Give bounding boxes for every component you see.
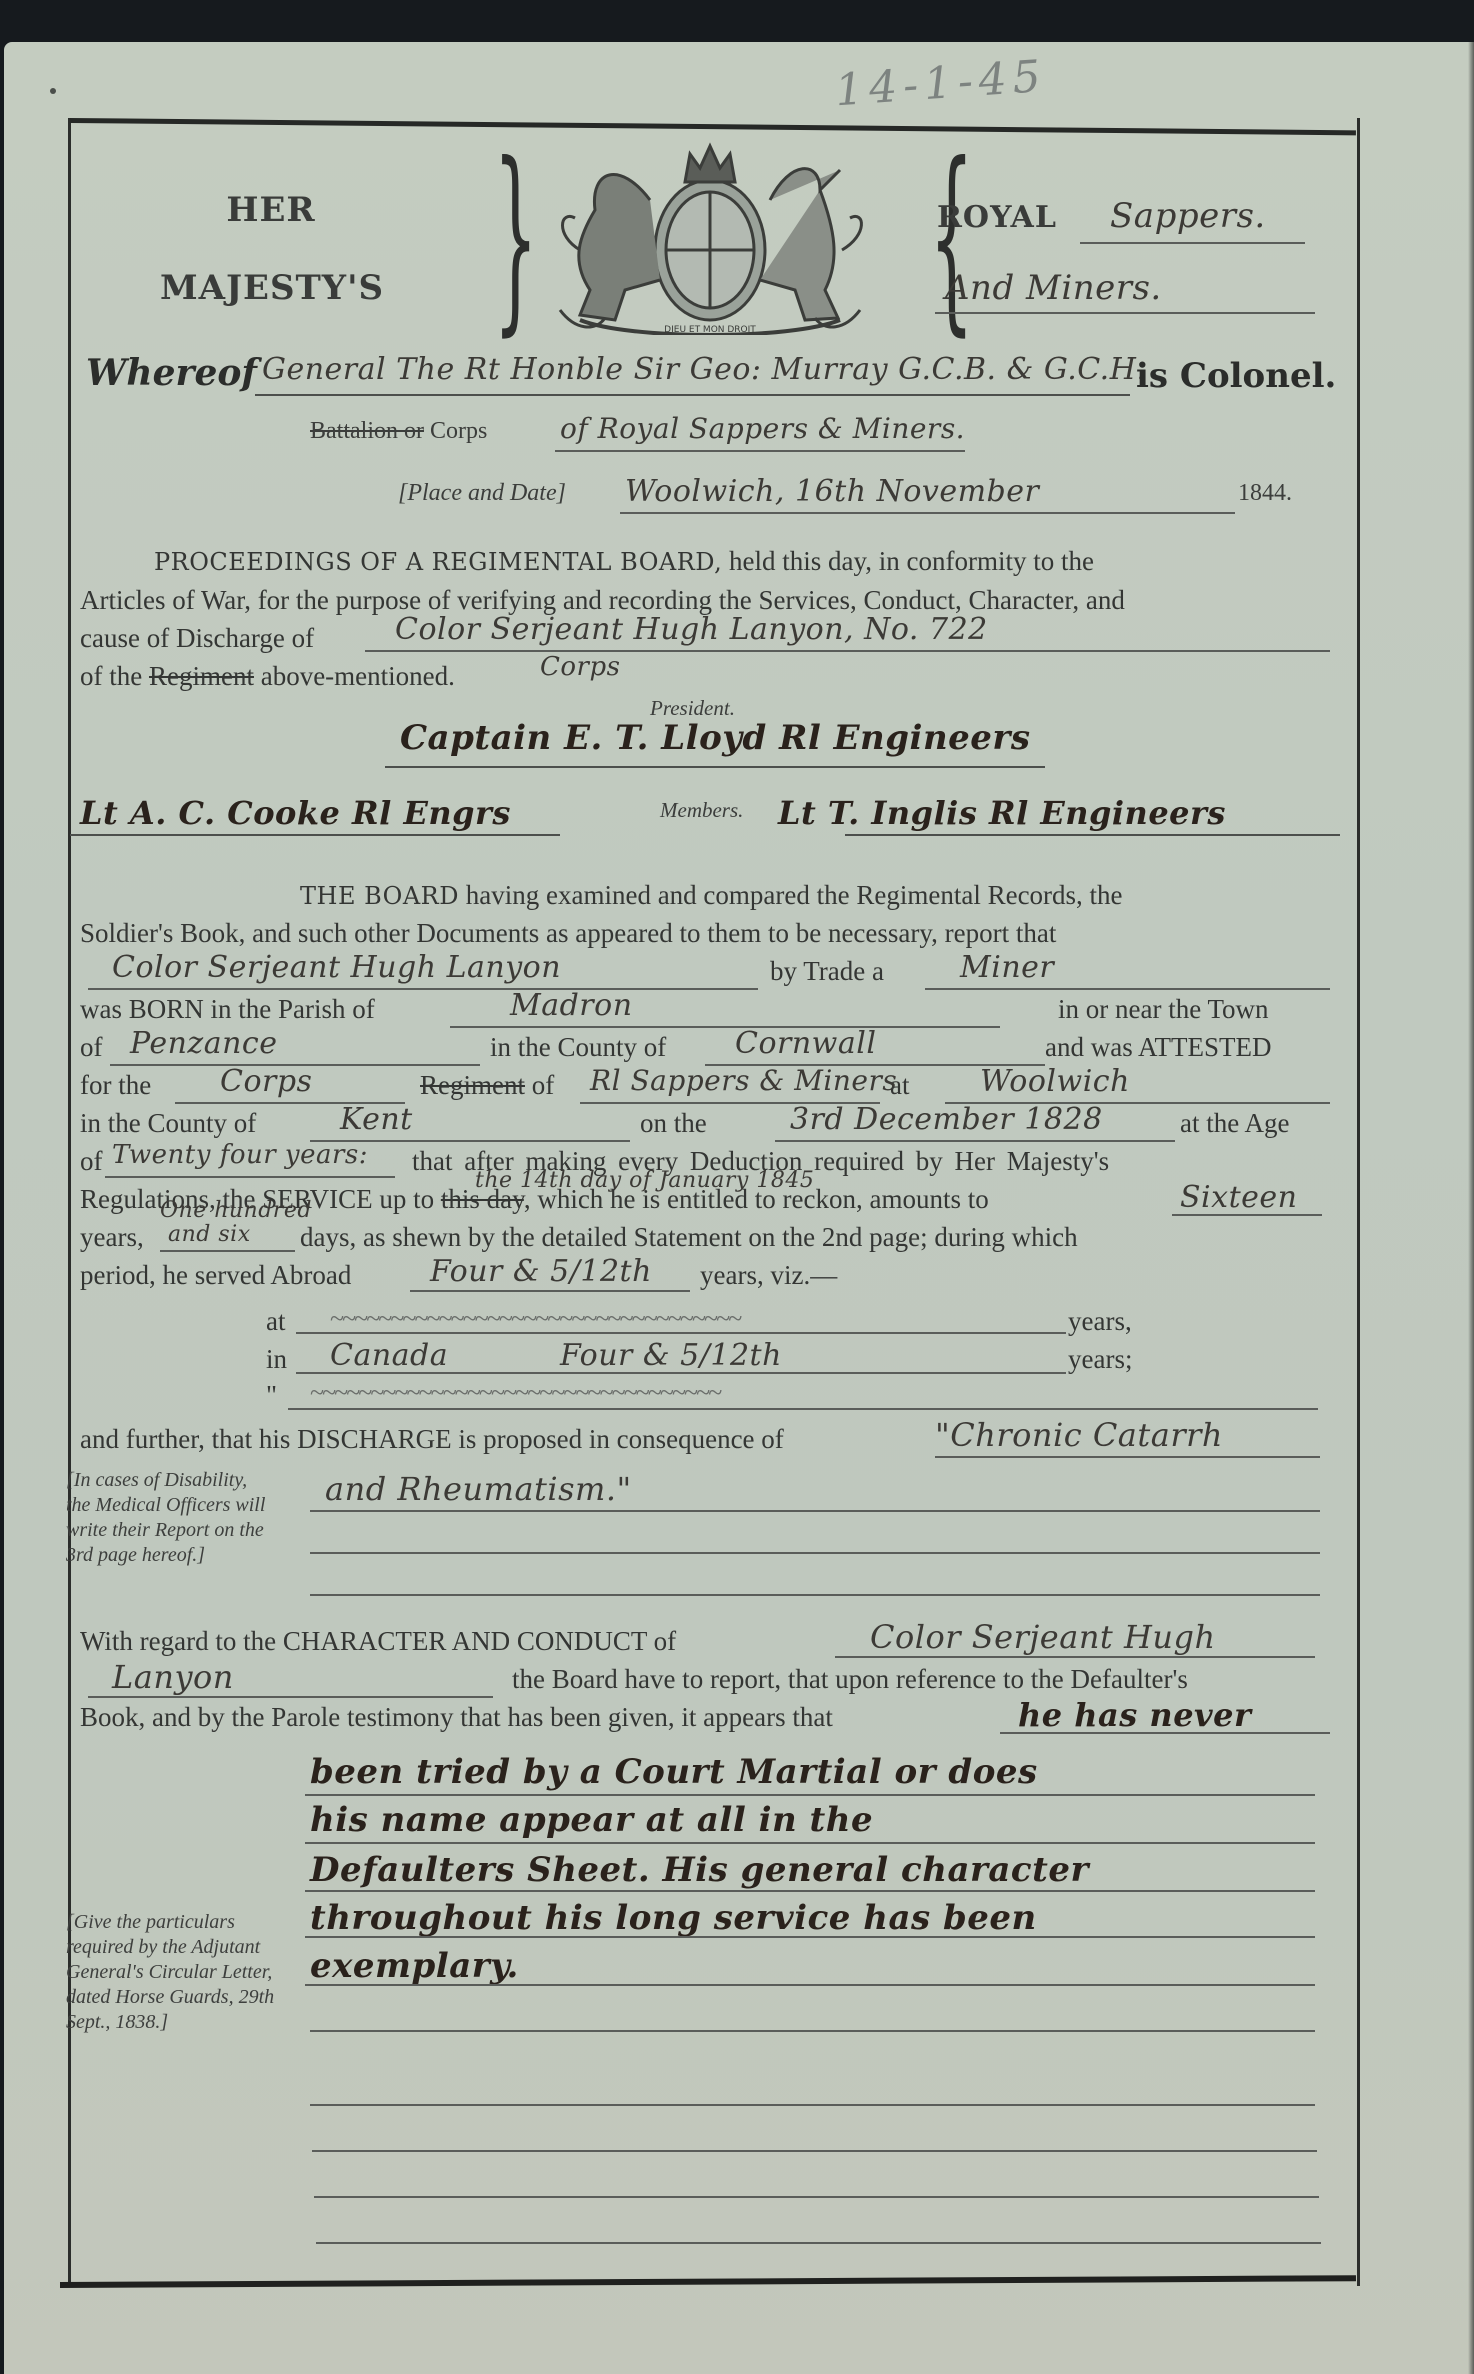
colonel-rule	[255, 394, 1130, 396]
board-heading: THE BOARD	[300, 882, 459, 910]
days-rule	[160, 1250, 295, 1252]
place-date-rule	[620, 512, 1235, 514]
corps-insert-value[interactable]: Corps	[540, 652, 620, 682]
character-report-rule6	[305, 1984, 1315, 1986]
discharge-reason-line2[interactable]: and Rheumatism."	[325, 1470, 632, 1508]
ink-dot	[50, 88, 56, 94]
discharge-rule2	[310, 1510, 1320, 1512]
svg-text:DIEU ET MON DROIT: DIEU ET MON DROIT	[664, 325, 756, 335]
character-report-line5[interactable]: throughout his long service has been	[310, 1898, 1037, 1938]
regiment-line2-value[interactable]: And Miners.	[945, 268, 1162, 308]
members-label: Members.	[660, 798, 743, 823]
attest-date-rule	[775, 1140, 1175, 1142]
report-line1: THE BOARD having examined and compared t…	[300, 880, 1123, 911]
attest-county-value[interactable]: Kent	[340, 1102, 413, 1137]
abroad-value[interactable]: Four & 5/12th	[430, 1254, 652, 1289]
abroad-row-2-rule	[296, 1372, 1066, 1374]
trade-label: by Trade a	[770, 956, 884, 987]
royal-label: ROYAL	[937, 200, 1057, 235]
age-rule	[105, 1176, 395, 1178]
attest-county-label: in the County of	[80, 1108, 256, 1139]
on-the-label: on the	[640, 1108, 707, 1139]
attest-date-value[interactable]: 3rd December 1828	[790, 1102, 1103, 1137]
header-majestys: MAJESTY'S	[132, 268, 412, 308]
abroad-row-1-suffix: years,	[1068, 1306, 1132, 1337]
of-the-label: of the	[80, 661, 142, 691]
proceedings-heading: PROCEEDINGS OF A REGIMENTAL BOARD,	[154, 548, 722, 576]
abroad-row-2-suffix: years;	[1068, 1344, 1132, 1375]
proceedings-text1: held this day, in conformity to the	[722, 546, 1094, 576]
discharge-of-rule	[365, 650, 1330, 652]
abroad-row-3-prefix: "	[266, 1380, 277, 1411]
service-years-rule	[1172, 1214, 1322, 1216]
whereof-label: Whereof	[86, 352, 257, 394]
regiment-line1-rule	[1080, 242, 1305, 244]
years-label: years,	[80, 1222, 144, 1253]
parish-value[interactable]: Madron	[510, 988, 633, 1023]
county-value[interactable]: Cornwall	[735, 1026, 876, 1061]
corps-label: Battalion or Corps	[310, 418, 487, 445]
for-value[interactable]: Corps	[220, 1064, 312, 1099]
abroad-row-2-period[interactable]: Four & 5/12th	[560, 1338, 782, 1373]
soldier-name-value[interactable]: Color Serjeant Hugh Lanyon	[112, 950, 561, 985]
struck-regiment: Regiment	[149, 661, 254, 691]
member1-rule	[70, 834, 560, 836]
member2-value[interactable]: Lt T. Inglis Rl Engineers	[778, 794, 1226, 832]
character-name-line1[interactable]: Color Serjeant Hugh	[870, 1618, 1216, 1656]
regiment-struck-group: Regiment of	[420, 1070, 554, 1101]
colonel-name-value[interactable]: General The Rt Honble Sir Geo: Murray G.…	[262, 352, 1146, 387]
of-town-label: of	[80, 1032, 103, 1063]
days-value-line2[interactable]: and six	[168, 1222, 251, 1247]
abroad-row-1-prefix: at	[266, 1306, 286, 1337]
abroad-row-3-rule	[288, 1408, 1318, 1410]
of-word: of	[532, 1070, 555, 1100]
days-text: days, as shewn by the detailed Statement…	[300, 1222, 1078, 1253]
character-report-line6[interactable]: exemplary.	[310, 1946, 519, 1986]
member1-value[interactable]: Lt A. C. Cooke Rl Engrs	[80, 794, 511, 832]
president-rule	[385, 766, 1045, 768]
corps-rule	[555, 450, 965, 452]
at-label: at	[890, 1070, 910, 1101]
born-label: was BORN in the Parish of	[80, 994, 375, 1025]
report-line2: Soldier's Book, and such other Documents…	[80, 918, 1056, 949]
page-edge-shadow	[1468, 42, 1474, 2374]
trade-value[interactable]: Miner	[960, 950, 1054, 985]
character-report-line3[interactable]: his name appear at all in the	[310, 1800, 873, 1840]
character-text2: the Board have to report, that upon refe…	[512, 1664, 1188, 1695]
parish-rule	[450, 1026, 1000, 1028]
above-mentioned-label: above-mentioned.	[261, 661, 455, 691]
town-value[interactable]: Penzance	[130, 1026, 277, 1061]
character-report-rule1	[1000, 1732, 1330, 1734]
age-value[interactable]: Twenty four years:	[112, 1140, 368, 1170]
unit-value[interactable]: Rl Sappers & Miners	[590, 1064, 897, 1097]
character-report-rule5	[305, 1936, 1315, 1938]
discharge-text: and further, that his DISCHARGE is propo…	[80, 1424, 784, 1455]
discharge-of-value[interactable]: Color Serjeant Hugh Lanyon, No. 722	[395, 612, 988, 647]
attest-place-value[interactable]: Woolwich	[980, 1064, 1130, 1099]
character-name-rule2	[88, 1696, 493, 1698]
is-colonel-label: is Colonel.	[1136, 356, 1336, 396]
royal-coat-of-arms-icon: DIEU ET MON DROIT	[520, 140, 900, 335]
character-report-line4[interactable]: Defaulters Sheet. His general character	[310, 1850, 1089, 1890]
royal-label-text: ROYAL	[937, 200, 1057, 235]
character-report-rule2	[305, 1794, 1315, 1796]
regiment-line1-value[interactable]: Sappers.	[1110, 196, 1266, 236]
county-label: in the County of	[490, 1032, 666, 1063]
discharge-rule4	[310, 1594, 1320, 1596]
town-label: in or near the Town	[1058, 994, 1269, 1025]
character-report-line1[interactable]: he has never	[1018, 1696, 1251, 1734]
for-the-label: for the	[80, 1070, 151, 1101]
service-years-value[interactable]: Sixteen	[1180, 1180, 1297, 1215]
place-date-value[interactable]: Woolwich, 16th November	[625, 474, 1039, 509]
days-value-line1[interactable]: One hundred	[160, 1198, 312, 1223]
trade-rule	[925, 988, 1330, 990]
age-label: at the Age	[1180, 1108, 1289, 1139]
corps-word: Corps	[430, 418, 487, 444]
place-date-label: [Place and Date]	[398, 480, 566, 507]
abroad-row-2-place[interactable]: Canada	[330, 1338, 448, 1373]
abroad-row-3-blank: ~~~~~~~~~~~~~~~~~~~~~~~~~~~~~~~~~~	[310, 1378, 720, 1408]
disability-side-note: [In cases of Disability, the Medical Off…	[66, 1468, 276, 1568]
regiment-line2-rule	[935, 312, 1315, 314]
year-1844: 1844.	[1238, 480, 1292, 507]
abroad-rule	[410, 1290, 690, 1292]
character-text3: Book, and by the Parole testimony that h…	[80, 1702, 833, 1733]
soldier-name-rule	[88, 988, 758, 990]
corps-value[interactable]: of Royal Sappers & Miners.	[560, 412, 965, 445]
president-value[interactable]: Captain E. T. Lloyd Rl Engineers	[400, 718, 1031, 758]
abroad-suffix: years, viz.—	[700, 1260, 837, 1291]
character-name-line2[interactable]: Lanyon	[112, 1658, 234, 1696]
discharge-reason-line1[interactable]: "Chronic Catarrh	[935, 1416, 1223, 1454]
report-text1: having examined and compared the Regimen…	[459, 880, 1123, 910]
blank-rule-4	[314, 2196, 1319, 2198]
age-of-label: of	[80, 1146, 103, 1177]
character-name-rule1	[835, 1656, 1315, 1658]
blank-rule-5	[316, 2242, 1321, 2244]
abroad-row-1-blank: ~~~~~~~~~~~~~~~~~~~~~~~~~~~~~~~~~~	[330, 1304, 740, 1334]
character-report-rule4	[305, 1890, 1315, 1892]
attested-label: and was ATTESTED	[1045, 1032, 1271, 1063]
proceedings-text3: cause of Discharge of	[80, 623, 314, 653]
discharge-reason-rule1	[935, 1456, 1320, 1458]
struck-battalion: Battalion or	[310, 418, 424, 444]
character-report-line2[interactable]: been tried by a Court Martial or does	[310, 1752, 1038, 1792]
struck-this-day: this day	[441, 1184, 524, 1214]
abroad-text: period, he served Abroad	[80, 1260, 351, 1291]
member2-rule	[845, 834, 1340, 836]
discharge-rule3	[310, 1552, 1320, 1554]
blank-rule-3	[312, 2150, 1317, 2152]
adjutant-side-note: [Give the particulars required by the Ad…	[66, 1910, 276, 2035]
header-her: HER	[196, 190, 346, 230]
blank-rule-1	[310, 2030, 1315, 2032]
character-report-rule3	[305, 1842, 1315, 1844]
right-brace: }	[929, 138, 974, 338]
blank-rule-2	[310, 2104, 1315, 2106]
struck-regiment-2: Regiment	[420, 1070, 525, 1100]
reckon-text: , which he is entitled to reckon, amount…	[524, 1184, 989, 1214]
abroad-row-2-prefix: in	[266, 1344, 287, 1375]
abroad-row-1-rule	[296, 1332, 1066, 1334]
character-text1: With regard to the CHARACTER AND CONDUCT…	[80, 1626, 676, 1657]
